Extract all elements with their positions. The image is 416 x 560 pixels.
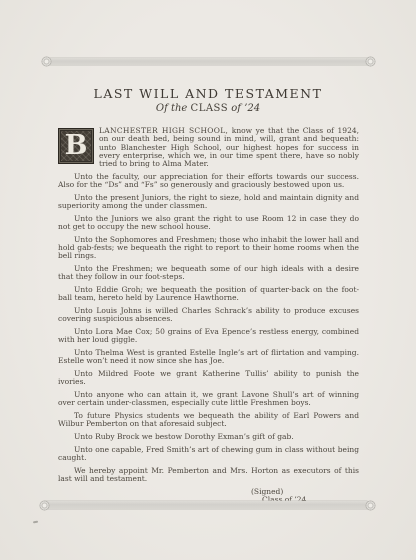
top-rule-ornament xyxy=(47,58,368,65)
paragraph-opening: B LANCHESTER HIGH SCHOOL, know ye that t… xyxy=(58,127,359,168)
page-subtitle: Of the CLASS of ’24 xyxy=(0,103,416,114)
paragraph-ruby-brock: Unto Ruby Brock we bestow Dorothy Exman’… xyxy=(58,433,359,441)
stray-scan-mark xyxy=(33,521,38,523)
signature-signed-label: (Signed) xyxy=(58,488,359,496)
paragraph-lora-mae-cox: Unto Lora Mae Cox; 50 grains of Eva Epen… xyxy=(58,328,359,345)
paragraph-executors: We hereby appoint Mr. Pemberton and Mrs.… xyxy=(58,467,359,484)
rosette-icon xyxy=(366,501,375,510)
rosette-icon xyxy=(42,57,51,66)
paragraph-eddie-groh: Unto Eddie Groh; we bequeath the positio… xyxy=(58,286,359,303)
will-text-body: B LANCHESTER HIGH SCHOOL, know ye that t… xyxy=(58,127,359,509)
rosette-icon xyxy=(40,501,49,510)
paragraph-faculty: Unto the faculty, our appreciation for t… xyxy=(58,173,359,190)
paragraph-mildred-foote: Unto Mildred Foote we grant Katherine Tu… xyxy=(58,370,359,387)
paragraph-thelma-west: Unto Thelma West is granted Estelle Ingl… xyxy=(58,349,359,366)
paragraph-sophomores-freshmen: Unto the Sophomores and Freshmen; those … xyxy=(58,236,359,261)
bottom-rule-ornament xyxy=(45,501,367,509)
paragraph-physics-students: To future Physics students we bequeath t… xyxy=(58,412,359,429)
paragraph-juniors-dignity: Unto the present Juniors, the right to s… xyxy=(58,194,359,211)
page-title: LAST WILL AND TESTAMENT xyxy=(0,86,416,101)
paragraph-louis-johns: Unto Louis Johns is willed Charles Schra… xyxy=(58,307,359,324)
paragraph-fred-smith: Unto one capable, Fred Smith’s art of ch… xyxy=(58,446,359,463)
dropcap-initial-B: B xyxy=(58,128,94,164)
yearbook-page: LAST WILL AND TESTAMENT Of the CLASS of … xyxy=(0,0,416,560)
subtitle-caps: CLASS xyxy=(191,103,229,114)
rosette-icon xyxy=(366,57,375,66)
paragraph-freshmen-ideals: Unto the Freshmen; we bequeath some of o… xyxy=(58,265,359,282)
subtitle-mid: of xyxy=(231,103,241,114)
subtitle-pre: Of the xyxy=(156,103,187,114)
subtitle-year: ’24 xyxy=(244,103,260,114)
paragraph-juniors-room12: Unto the Juniors we also grant the right… xyxy=(58,215,359,232)
paragraph-lavone-shull: Unto anyone who can attain it, we grant … xyxy=(58,391,359,408)
